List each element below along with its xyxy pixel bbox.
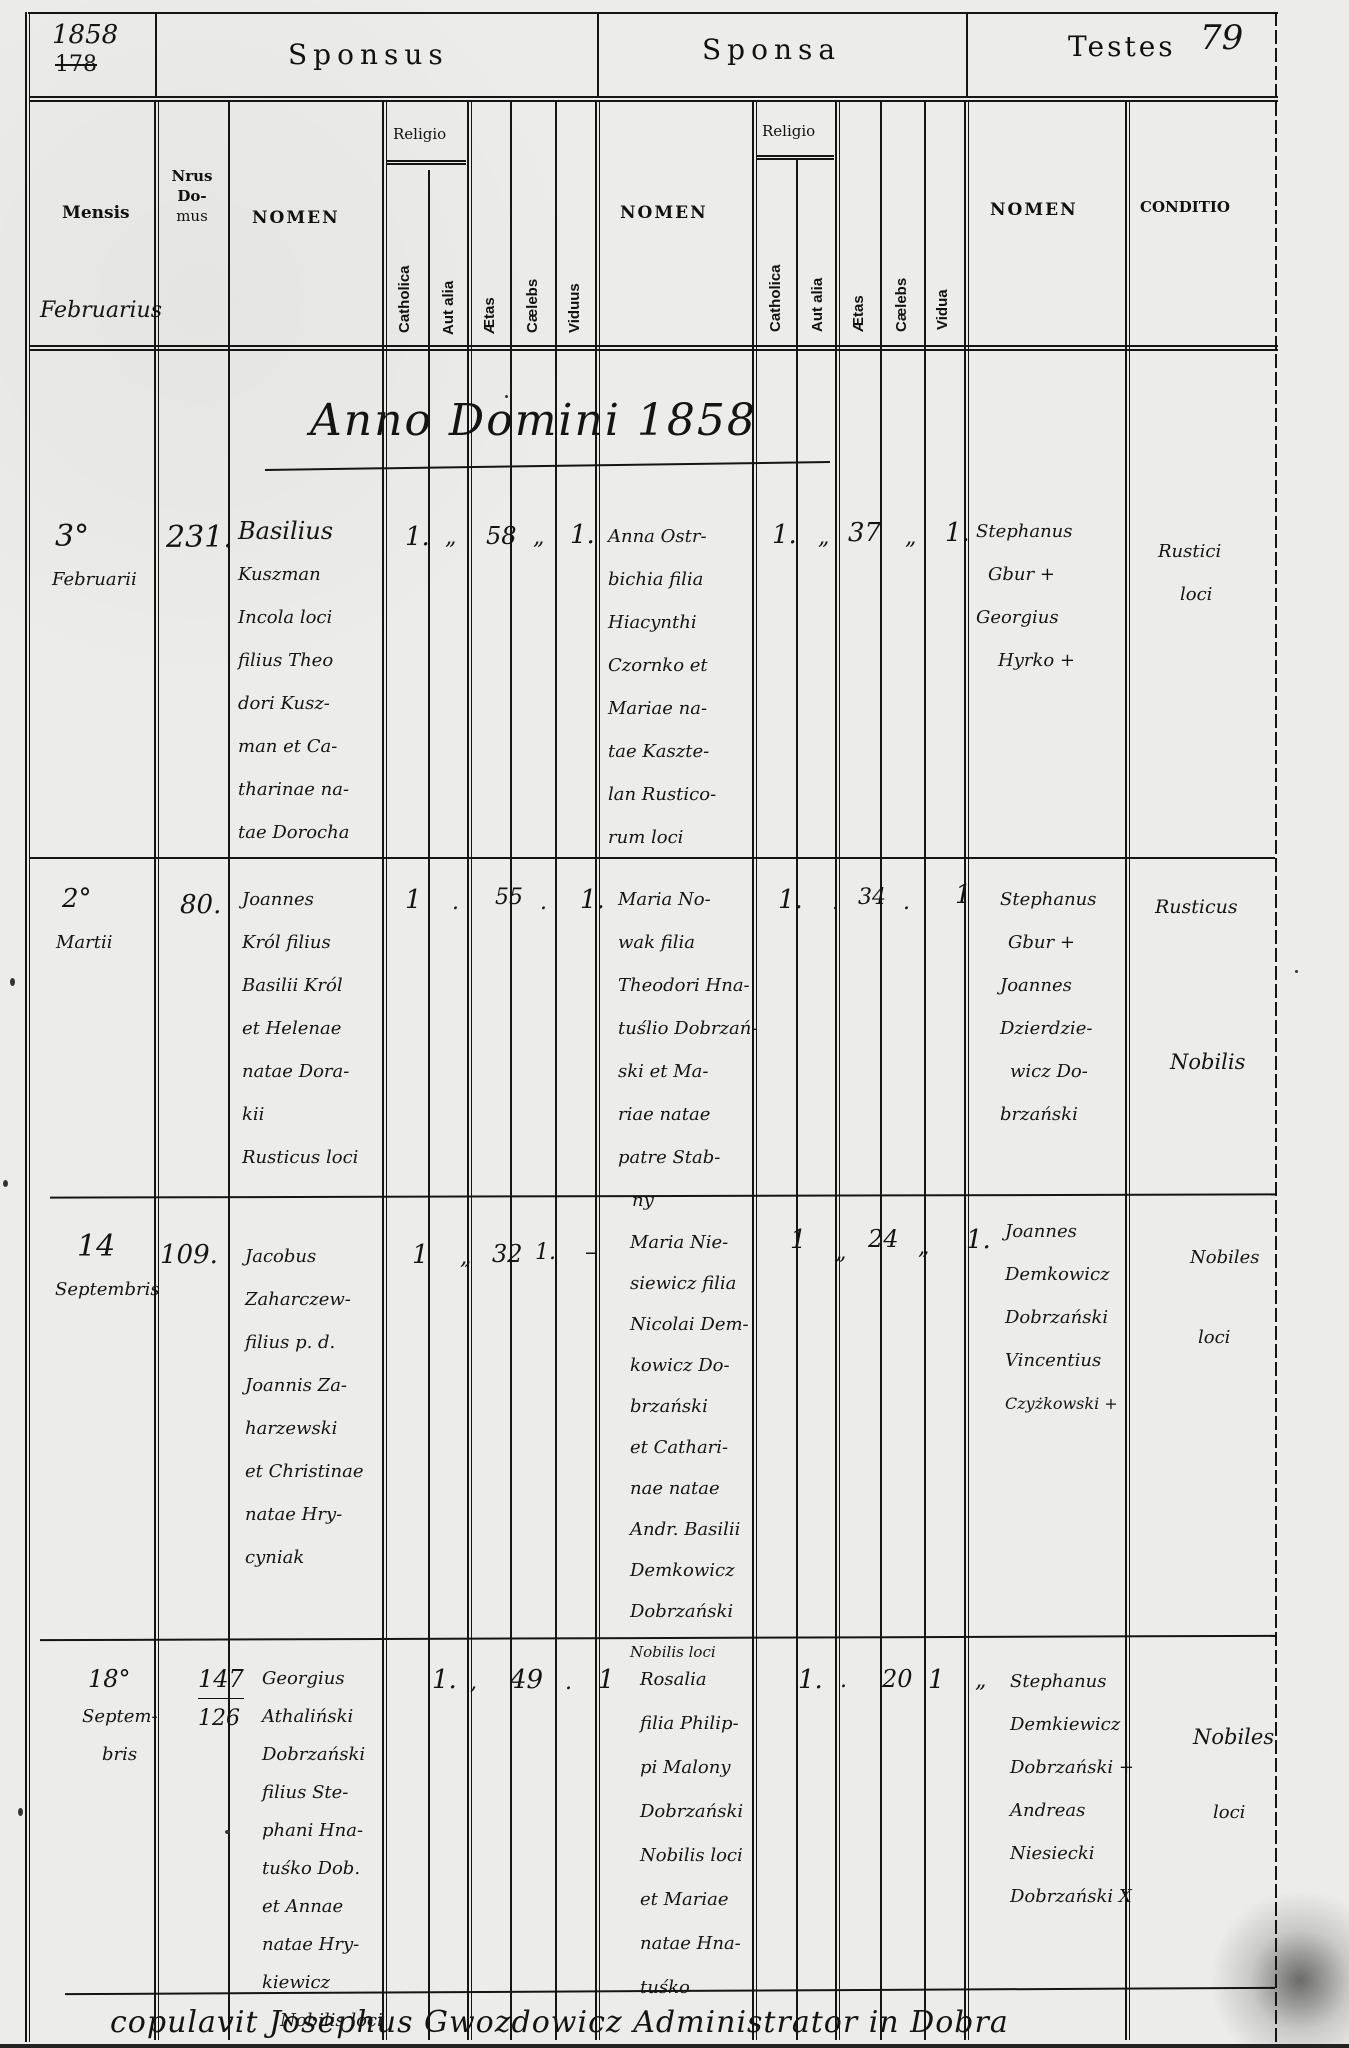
- header-testes-nomen: NOMEN: [990, 200, 1078, 220]
- entry-4-sponsus-catholica: 1.: [432, 1665, 457, 1695]
- religio-rule-1: [386, 160, 466, 165]
- header-sponsus-caelebs: Cælebs: [524, 279, 541, 333]
- col-line-caelebs2: [924, 100, 926, 2040]
- entry-2-sponsa-aut-alia: .: [832, 890, 839, 915]
- ink-speck: [505, 395, 508, 398]
- header-sponsus-aut-alia: Aut alia: [440, 281, 457, 335]
- entry-2-nrus-domus: 80.: [180, 890, 221, 920]
- entry-2-testes: Stephanus Gbur + Joannes Dzierdzie- wicz…: [1000, 878, 1097, 1136]
- right-border: [1275, 12, 1277, 2042]
- col-line-vidua: [964, 100, 969, 2040]
- col-line-autalia1: [467, 100, 472, 2040]
- entry-4-sponsus-viduus: 1: [598, 1665, 615, 1695]
- ink-speck: [10, 978, 15, 986]
- top-border: [28, 12, 1278, 14]
- entry-3-sponsa-caelebs: „: [918, 1235, 929, 1260]
- entry-1-sponsa-aetas: 37: [848, 518, 881, 548]
- entry-2-conditio-2: Nobilis: [1170, 1040, 1245, 1085]
- entry-4-sponsus-aut-alia: ,: [470, 1670, 477, 1695]
- header-sponsa-nomen: NOMEN: [620, 203, 708, 223]
- entry-3-mensis: 14 Septembris: [55, 1225, 160, 1311]
- header-sponsus-aetas: Ætas: [481, 297, 498, 334]
- entry-4-nrus-domus: 147 126: [198, 1660, 244, 1739]
- entry-2-sponsus-nomen: Joannes Król filius Basilii Król et Hele…: [242, 878, 358, 1179]
- entry-1-sponsus-viduus: 1.: [570, 520, 595, 550]
- entry-2-sponsus-aut-alia: .: [452, 890, 459, 915]
- entry-3-sponsus-nomen: Jacobus Zaharczew- filius p. d. Joannis …: [245, 1235, 364, 1579]
- page-bottom-edge: [0, 2044, 1349, 2048]
- header-sponsa-religio: Religio: [762, 122, 815, 140]
- col-line-caelebs1: [555, 100, 557, 2040]
- entry-3-sponsa-catholica: 1: [790, 1225, 807, 1255]
- entry-3-sponsa-aut-alia: „: [835, 1240, 846, 1265]
- year-heading-underline: [265, 461, 830, 471]
- entry-2-sponsus-viduus: 1.: [580, 885, 605, 915]
- register-page: 1858 178 Sponsus Sponsa Testes 79 Mensis…: [0, 0, 1349, 2048]
- entry-2-sponsus-catholica: 1: [405, 885, 422, 915]
- entry-4-sponsa-aetas: 20: [882, 1665, 913, 1693]
- header-sponsus-nomen: NOMEN: [252, 208, 340, 228]
- entry-1-sponsus-aetas: 58: [486, 522, 517, 550]
- entry-1-sponsus-nomen: Basilius Kuszman Incola loci filius Theo…: [238, 510, 349, 854]
- entry-1-sponsa-aut-alia: „: [818, 525, 829, 550]
- header-sponsa-aetas: Ætas: [850, 295, 867, 332]
- header-sponsus-viduus: Viduus: [566, 283, 583, 333]
- entry-1-sponsa-vidua: 1.: [945, 518, 970, 548]
- group-sponsus: Sponsus: [288, 38, 449, 71]
- header-sponsus-religio: Religio: [393, 125, 446, 143]
- header-nrus-domus: Nrus Do- mus: [160, 166, 224, 226]
- header-sponsa-caelebs: Cælebs: [893, 278, 910, 332]
- entry-4-sponsus-nomen: Georgius Athaliński Dobrzański filius St…: [262, 1660, 383, 2040]
- col-line-domus: [228, 100, 230, 2040]
- entry-4-sponsus-caelebs: .: [565, 1670, 572, 1695]
- entry-4-mensis: 18° Septem- bris: [82, 1660, 158, 1774]
- entry-2-sponsus-caelebs: .: [540, 890, 547, 915]
- entry-4-sponsus-aetas: 49: [510, 1665, 543, 1695]
- year-heading: Anno Domini 1858: [310, 395, 757, 446]
- col-line-catholica2: [796, 160, 798, 2040]
- entry-3-conditio: Nobiles loci: [1190, 1218, 1260, 1378]
- divider-sponsus-sponsa: [597, 12, 599, 98]
- header-testes-conditio: CONDITIO: [1140, 198, 1230, 216]
- entry-4-sponsa-vidua: „: [975, 1668, 986, 1693]
- entry-3-sponsa-aetas: 24: [868, 1225, 899, 1253]
- header-sponsa-catholica: Catholica: [767, 264, 784, 332]
- entry-4-sponsa-catholica: 1.: [798, 1665, 823, 1695]
- entry-4-conditio: Nobiles loci: [1193, 1700, 1274, 1850]
- entry-4-sponsa-nomen: Rosalia filia Philip- pi Malony Dobrzańs…: [640, 1658, 743, 2010]
- col-line-autalia2: [835, 100, 840, 2040]
- col-line-aetas2: [880, 100, 882, 2040]
- page-number: 79: [1200, 18, 1243, 58]
- entry-3-sponsa-nomen: Maria Nie- siewicz filia Nicolai Dem- ko…: [630, 1222, 749, 1673]
- divider-sponsa-testes: [966, 12, 968, 98]
- entry-2-sponsa-catholica: 1.: [778, 885, 803, 915]
- religio-rule-2: [756, 155, 834, 160]
- ink-speck: [18, 1808, 23, 1816]
- ink-speck: [3, 1180, 8, 1187]
- entry-1-sponsa-nomen: Anna Ostr- bichia filia Hiacynthi Czornk…: [608, 515, 716, 859]
- divider-mensis-sponsus: [155, 12, 157, 98]
- entry-1-sponsa-caelebs: „: [905, 525, 916, 550]
- ink-speck: [1295, 970, 1298, 973]
- group-testes: Testes: [1068, 30, 1176, 63]
- entry-3-sponsus-catholica: 1: [412, 1240, 429, 1270]
- entry-2-sponsa-caelebs: .: [903, 890, 910, 915]
- left-border: [25, 12, 30, 2042]
- entry-1-nrus-domus: 231.: [166, 520, 233, 555]
- entry-1-testes: Stephanus Gbur + Georgius Hyrko +: [976, 510, 1075, 682]
- entry-2-sponsa-vidua: 1: [955, 880, 972, 910]
- entry-1-conditio: Rustici loci: [1158, 530, 1221, 616]
- entry-3-testes: Joannes Demkowicz Dobrzański Vincentius …: [1005, 1210, 1118, 1425]
- header-mensis: Mensis: [62, 203, 130, 223]
- folio-year: 1858: [52, 20, 118, 50]
- header-sponsa-aut-alia: Aut alia: [809, 278, 826, 332]
- entry-2-sponsa-aetas: 34: [858, 885, 886, 910]
- entry-1-sponsus-aut-alia: „: [445, 525, 456, 550]
- folio-old-number: 178: [55, 52, 97, 77]
- col-line-aetas1: [510, 100, 512, 2040]
- entry-1-sponsus-caelebs: „: [533, 525, 544, 550]
- entry-3-sponsa-vidua: 1.: [966, 1225, 991, 1255]
- header-sponsus-catholica: Catholica: [396, 265, 413, 333]
- entry-2-sponsus-aetas: 55: [495, 885, 523, 910]
- entry-4-sponsa-aut-alia: .: [840, 1668, 847, 1693]
- group-sponsa: Sponsa: [702, 33, 841, 66]
- entry-2-sponsa-nomen: Maria No- wak filia Theodori Hna- tuślio…: [618, 878, 757, 1222]
- footer-signature: copulavit Josephus Gwozdowicz Administra…: [110, 2005, 1009, 2040]
- entry-3-sponsus-aetas: 32: [492, 1240, 523, 1268]
- entry-3-sponsus-aut-alia: „: [460, 1245, 471, 1270]
- col-line-catholica1: [428, 170, 430, 2040]
- entry-2-mensis: 2° Martii: [62, 878, 113, 964]
- entry-3-nrus-domus: 109.: [160, 1240, 218, 1270]
- entry-3-sponsus-caelebs: 1.: [535, 1240, 556, 1265]
- entry-1-sponsa-catholica: 1.: [772, 520, 797, 550]
- col-line-viduus: [595, 100, 600, 2040]
- header-mensis-value: Februarius: [40, 298, 162, 323]
- entry-2-conditio-1: Rusticus: [1155, 885, 1238, 930]
- entry-4-testes: Stephanus Demkiewicz Dobrzański + Andrea…: [1010, 1660, 1134, 1918]
- header-sponsa-vidua: Vidua: [934, 289, 951, 330]
- entry-3-sponsus-viduus: –: [585, 1240, 596, 1265]
- entry-1-mensis: 3° Februarii: [55, 515, 137, 601]
- ink-speck: [225, 1830, 230, 1834]
- header-bottom-border: [30, 345, 1278, 351]
- header-divider: [30, 96, 1278, 102]
- entry-4-sponsa-caelebs: 1: [928, 1665, 945, 1695]
- entry-1-sponsus-catholica: 1.: [405, 522, 430, 552]
